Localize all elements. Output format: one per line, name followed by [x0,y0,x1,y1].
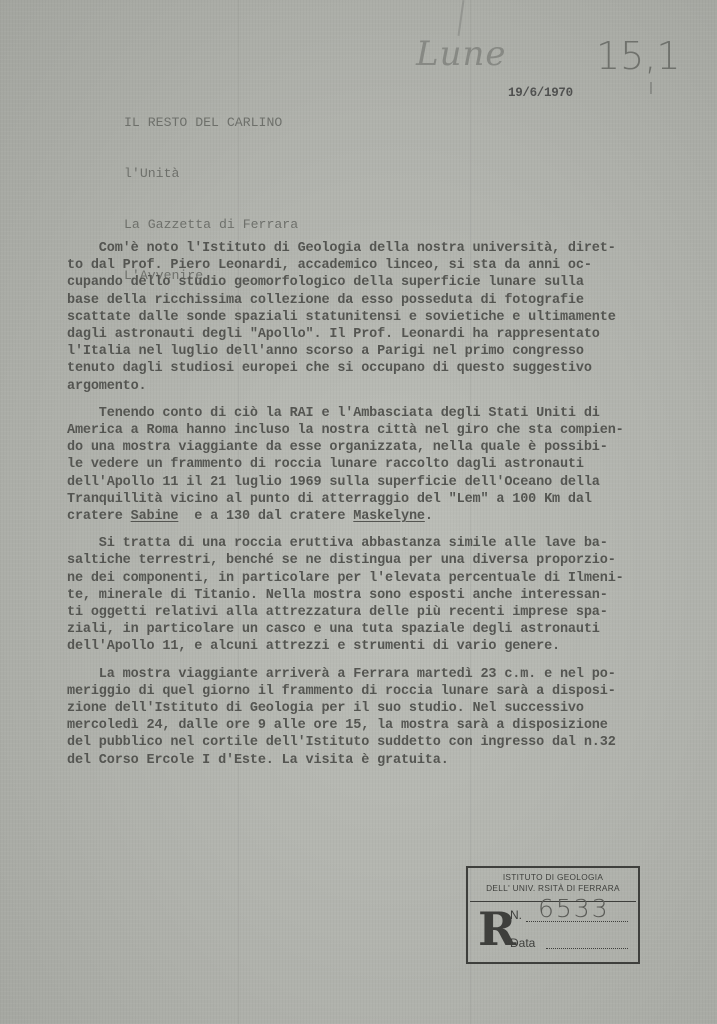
stamp-date-line [546,948,628,949]
text-line: America a Roma hanno incluso la nostra c… [67,422,697,439]
paragraph: La mostra viaggiante arriverà a Ferrara … [67,666,697,769]
text-line: cupando dello studio geomorfologico dell… [67,274,697,291]
text-line: Tranquillità vicino al punto di atterrag… [67,491,697,508]
handwritten-word: Lune [416,34,507,74]
text-line: La mostra viaggiante arriverà a Ferrara … [67,666,697,683]
text-line: del pubblico nel cortile dell'Istituto s… [67,734,697,751]
recipient: La Gazzetta di Ferrara [124,216,298,233]
recipient: IL RESTO DEL CARLINO [124,114,298,131]
text-line: tenuto dagli studiosi europei che si occ… [67,360,697,377]
text-line: le vedere un frammento di roccia lunare … [67,456,697,473]
text-line: zione dell'Istituto di Geologia per il s… [67,700,697,717]
text-line: meriggio di quel giorno il frammento di … [67,683,697,700]
text-line: dell'Apollo 11, e alcuni attrezzi e stru… [67,638,697,655]
paragraph: Com'è noto l'Istituto di Geologia della … [67,240,697,395]
text-line: to dal Prof. Piero Leonardi, accademico … [67,257,697,274]
text-line: scattate dalle sonde spaziali statuniten… [67,309,697,326]
text-line: dell'Apollo 11 il 21 luglio 1969 sulla s… [67,474,697,491]
text-line: base della ricchissima collezione da ess… [67,292,697,309]
text-line: do una mostra viaggiante da esse organiz… [67,439,697,456]
text-line: te, minerale di Titanio. Nella mostra so… [67,587,697,604]
text-line: l'Italia nel luglio dell'anno scorso a P… [67,343,697,360]
stamp-header: ISTITUTO DI GEOLOGIA DELL' UNIV. RSITÀ D… [468,868,638,894]
stamp-institute: ISTITUTO DI GEOLOGIA [468,872,638,883]
handwritten-number: 15,1 [596,34,681,78]
paragraph: Tenendo conto di ciò la RAI e l'Ambascia… [67,405,697,525]
stamp-number-label: N. [510,908,522,922]
text-line: ti oggetti relativi alla attrezzatura de… [67,604,697,621]
stamp-date-label: Data [510,936,535,950]
handwritten-tick [650,82,652,94]
text-line: ne dei componenti, in particolare per l'… [67,570,697,587]
text-line: Si tratta di una roccia eruttiva abbasta… [67,535,697,552]
text-line: dagli astronauti degli "Apollo". Il Prof… [67,326,697,343]
recipient: l'Unità [124,165,298,182]
stamp-number-value: 6533 [538,894,610,923]
document-date: 19/6/1970 [508,86,573,100]
text-line: argomento. [67,378,697,395]
text-line: del Corso Ercole I d'Este. La visita è g… [67,752,697,769]
text-line: cratere Sabine e a 130 dal cratere Maske… [67,508,697,525]
text-line: Tenendo conto di ciò la RAI e l'Ambascia… [67,405,697,422]
handwritten-stroke [458,0,465,36]
text-line: ziali, in particolare un casco e una tut… [67,621,697,638]
stamp-university: DELL' UNIV. RSITÀ DI FERRARA [468,883,638,894]
paragraph: Si tratta di una roccia eruttiva abbasta… [67,535,697,655]
text-line: Com'è noto l'Istituto di Geologia della … [67,240,697,257]
text-line: mercoledì 24, dalle ore 9 alle ore 15, l… [67,717,697,734]
document-page: Lune 15,1 IL RESTO DEL CARLINO l'Unità L… [0,0,717,1024]
text-line: saltiche terrestri, benché se ne disting… [67,552,697,569]
registration-stamp: ISTITUTO DI GEOLOGIA DELL' UNIV. RSITÀ D… [466,866,640,964]
press-release-body: Com'è noto l'Istituto di Geologia della … [67,240,697,779]
